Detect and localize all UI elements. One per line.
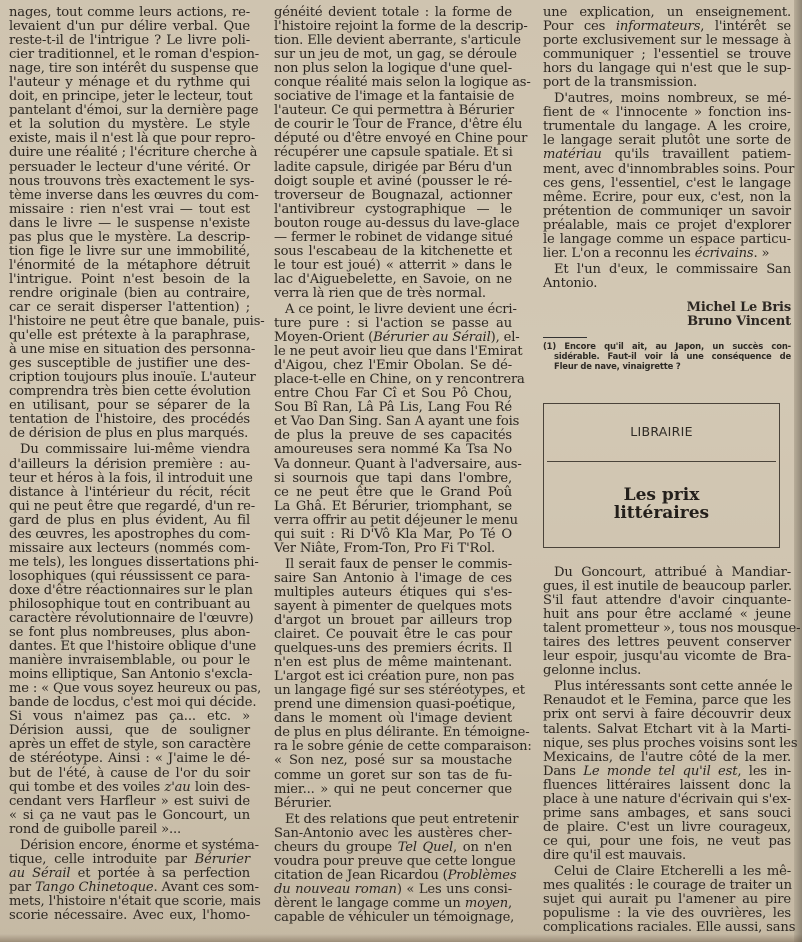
text-line: losophiques (qui réussissent ce para- — [9, 570, 250, 584]
text-line: nages, tout comme leurs actions, re- — [9, 6, 250, 20]
text-line: Si vous n'aimez pas ça... etc. » — [9, 710, 250, 724]
text-line: matériau qu'ils travaillent patiem- — [543, 148, 791, 162]
text-line: nique, ses plus proches voisins sont les — [543, 737, 791, 751]
text-line: d'Aigou, chez l'Emir Obolan. Se dé- — [274, 359, 512, 373]
text-line: de plus la preuve de ses capacités — [274, 429, 512, 443]
text-line: sayent à pimenter de quelques mots — [274, 600, 512, 614]
text-line: tentation de l'histoire, des procédés — [9, 413, 250, 427]
text-line: amoureuses sera nommé Ka Tsa No — [274, 443, 512, 457]
text-line: se font plus nombreuses, plus abon- — [9, 626, 250, 640]
text-line: Antonio. — [543, 277, 791, 291]
text-line: pantelant d'émoi, sur la dernière page — [9, 104, 250, 118]
text-line: tème inverse dans les œuvres du com- — [9, 189, 250, 203]
text-line: duire une réalité ; l'écriture cherche à — [9, 146, 250, 160]
text-line: existe, mais il n'est là que pour repro- — [9, 132, 250, 146]
text-line: reste-t-il de l'intrigue ? Le livre poli… — [9, 34, 250, 48]
text-line: clairet. Ce pouvait être le cas pour — [274, 628, 512, 642]
text-line: non plus selon la logique d'une quel- — [274, 62, 512, 76]
article-column-1: nages, tout comme leurs actions, re-leva… — [9, 6, 250, 923]
text-line: quelques-uns des premiers écrits. Il — [274, 642, 512, 656]
section-kicker: LIBRAIRIE — [544, 424, 779, 439]
text-line: L'argot est ici création pure, non pas — [274, 670, 512, 684]
text-line: mes qualités : le courage de traiter un — [543, 879, 791, 893]
text-line: leur espoir, jusqu'au vicomte de Bra- — [543, 650, 791, 664]
text-line: Dérision aussi, que de souligner — [9, 724, 250, 738]
text-line: dans le livre — le suspense n'existe — [9, 217, 250, 231]
text-line: taires des lettres peuvent conserver — [543, 636, 791, 650]
text-line: missaire aux lecteurs (nommés com- — [9, 542, 250, 556]
text-line: gelonne inclus. — [543, 664, 791, 678]
text-line: de plus en plus délirante. En témoigne- — [274, 726, 512, 740]
text-line: le ne peut avoir lieu que dans l'Emirat — [274, 345, 512, 359]
text-line: rond de guibolle pareil »... — [9, 823, 250, 837]
text-line: scorie nécessaire. Avec eux, l'homo- — [9, 909, 250, 923]
text-line: rendre originale (bien au contraire, — [9, 287, 250, 301]
text-line: cier traditionnel, et le roman d'espion- — [9, 48, 250, 62]
text-line: le tour est joué) « atterrit » dans le — [274, 259, 512, 273]
text-line: doit, en principe, jeter le lecteur, tou… — [9, 90, 250, 104]
text-line: cription toujours plus inouïe. L'auteur — [9, 371, 250, 385]
text-line: saire San Antonio à l'image de ces — [274, 572, 512, 586]
text-line: ra le sobre génie de cette comparaison: — [274, 740, 512, 754]
text-line: lac d'Aiguebelette, en Savoie, on ne — [274, 273, 512, 287]
text-line: communiquer ; l'essentiel se trouve — [543, 48, 791, 62]
text-line: but de l'été, à cause de l'or du soir — [9, 767, 250, 781]
article-column-2: généité devient totale : la forme del'hi… — [274, 6, 512, 925]
text-line: Dans Le monde tel qu'il est, les in- — [543, 765, 791, 779]
text-line: Bérurier. — [274, 797, 512, 811]
text-line: Ver Niâte, From-Ton, Pro Fi T'Rol. — [274, 542, 512, 556]
section-divider — [547, 461, 776, 462]
text-line: mier... » qui ne peut concerner que — [274, 783, 512, 797]
article-column-3: une explication, un enseignement.Pour ce… — [543, 6, 791, 371]
text-line: l'intrigue. Point n'est besoin de la — [9, 273, 250, 287]
text-line: n'en est plus de même maintenant. — [274, 656, 512, 670]
text-line: à une mise en situation des personna- — [9, 343, 250, 357]
text-line: Pour ces informateurs, l'intérêt se — [543, 20, 791, 34]
text-line: me tels), les longues dissertations phi- — [9, 556, 250, 570]
text-line: A ce point, le livre devient une écri- — [274, 303, 512, 317]
text-line: et Vao Dan Sing. San A ayant une fois — [274, 415, 512, 429]
text-line: verra là rien que de très normal. — [274, 287, 512, 301]
text-line: par Tango Chinetoque. Avant ces som- — [9, 881, 250, 895]
text-line: place-t-elle en Chine, on y rencontrera — [274, 373, 512, 387]
text-line: talents. Salvat Etchart vit à la Marti- — [543, 723, 791, 737]
text-line: préalable, mais ce projet d'explorer — [543, 219, 791, 233]
text-line: trumentale du langage. A les croire, — [543, 120, 791, 134]
text-line: Du commissaire lui-même viendra — [9, 443, 250, 457]
text-line: et la solution du mystère. Le style — [9, 118, 250, 132]
text-line: député ou d'être envoyé en Chine pour — [274, 132, 512, 146]
text-line: après un effet de style, son caractère — [9, 738, 250, 752]
text-line: tion fige le livre sur une immobilité, — [9, 245, 250, 259]
text-line: nage, tire son intérêt du suspense que — [9, 62, 250, 76]
text-line: Et des relations que peut entretenir — [274, 813, 512, 827]
text-line: levaient d'un pur délire verbal. Que — [9, 20, 250, 34]
text-line: tique, celle introduite par Bérurier — [9, 853, 250, 867]
footnote-rule — [543, 337, 587, 338]
text-line: Plus intéressants sont cette année le — [543, 680, 791, 694]
text-line: S'il faut attendre d'avoir cinquante- — [543, 594, 791, 608]
text-line: de dérision de plus en plus marqués. — [9, 427, 250, 441]
text-line: dantes. Et que l'histoire oblique d'une — [9, 640, 250, 654]
text-line: conque réalité mais selon la logique as- — [274, 76, 512, 90]
text-line: l'auteur y ménage et du rythme qui — [9, 76, 250, 90]
text-line: « Son nez, posé sur sa moustache — [274, 754, 512, 768]
text-line: bouton rouge au-dessus du lave-glace — [274, 217, 512, 231]
author-signature-1: Michel Le Bris — [543, 301, 791, 315]
page-bottom-shadow — [0, 934, 802, 942]
text-line: hors du langage qui n'est que le sup- — [543, 62, 791, 76]
text-line: philosophique tout en contribuant au — [9, 598, 250, 612]
text-line: entre Chou Far Cî et Sou Pô Chou, — [274, 387, 512, 401]
text-line: port de la transmission. — [543, 76, 791, 90]
text-line: gard de plus en plus évident, Au fil — [9, 514, 250, 528]
text-line: Du Goncourt, attribué à Mandiar- — [543, 566, 791, 580]
text-line: sous l'escabeau de la kitchenette et — [274, 245, 512, 259]
text-line: ture pure : si l'action se passe au — [274, 317, 512, 331]
text-line: en utilisant, pour se séparer de la — [9, 399, 250, 413]
text-line: comme un goret sur son tas de fu- — [274, 769, 512, 783]
text-line: comprendra très bien cette évolution — [9, 385, 250, 399]
text-line: fient de « l'innocente » fonction ins- — [543, 106, 791, 120]
text-line: doigt souple et aviné (pousser le ré- — [274, 175, 512, 189]
section-title-line-2: littéraires — [544, 504, 779, 522]
text-line: généité devient totale : la forme de — [274, 6, 512, 20]
text-line: place à une nature d'écrivain qui s'ex- — [543, 793, 791, 807]
text-line: du nouveau roman) « Les uns consi- — [274, 883, 512, 897]
text-line: Va donneur. Quant à l'adversaire, aus- — [274, 458, 512, 472]
text-line: troverseur de Bougnazal, actionner — [274, 189, 512, 203]
text-line: car ce serait disperser l'attention) ; — [9, 301, 250, 315]
text-line: sujet qui aurait pu l'amener au pire — [543, 893, 791, 907]
text-line: dans le moment où l'image devient — [274, 712, 512, 726]
text-line: porte exclusivement sur le message à — [543, 34, 791, 48]
text-line: ladite capsule, dirigée par Béru d'un — [274, 161, 512, 175]
text-line: sociative de l'image et la fantaisie de — [274, 90, 512, 104]
text-line: dèrent le langage comme un moyen, — [274, 897, 512, 911]
text-line: Renaudot et le Femina, parce que les — [543, 694, 791, 708]
review-column: Du Goncourt, attribué à Mandiar-gues, il… — [543, 566, 791, 935]
text-line: une explication, un enseignement. — [543, 6, 791, 20]
section-title: Les prix littéraires — [544, 486, 779, 522]
footnote: (1) Encore qu'il ait, au Japon, un succè… — [543, 341, 791, 371]
text-line: — fermer le robinet de vidange situé — [274, 231, 512, 245]
text-line: citation de Jean Ricardou (Problèmes — [274, 869, 512, 883]
text-line: cheurs du groupe Tel Quel, on n'en — [274, 841, 512, 855]
text-line: lier. L'on a reconnu les écrivains. » — [543, 247, 791, 261]
text-line: talent prometteur », tous nos mousque- — [543, 622, 791, 636]
text-line: si sournois que tapi dans l'ombre, — [274, 472, 512, 486]
text-line: prix ont servi à faire découvrir deux — [543, 708, 791, 722]
text-line: San-Antonio avec les austères cher- — [274, 827, 512, 841]
text-line: « si ça ne vaut pas le Goncourt, un — [9, 809, 250, 823]
text-line: des œuvres, les apostrophes du com- — [9, 528, 250, 542]
text-line: même. Ecrire, pour eux, c'est, non la — [543, 191, 791, 205]
text-line: de plaire. C'est un livre courageux, — [543, 821, 791, 835]
text-line: ce qui, pour une fois, ne veut pas — [543, 835, 791, 849]
text-line: d'argot un brouet par ailleurs trop — [274, 614, 512, 628]
page-edge-shadow — [794, 0, 802, 942]
text-line: l'histoire ne peut être que banale, puis… — [9, 315, 250, 329]
text-line: l'histoire rejoint la forme de la descri… — [274, 20, 512, 34]
text-line: verra offrir au petit déjeuner le menu — [274, 514, 512, 528]
text-line: huit ans pour être acclamé « jeune — [543, 608, 791, 622]
article-column-3-body: une explication, un enseignement.Pour ce… — [543, 6, 791, 291]
text-line: populisme : la vie des ouvrières, les — [543, 907, 791, 921]
text-line: persuader le lecteur d'une vérité. Or — [9, 161, 250, 175]
text-line: gues, il est inutile de beaucoup parler. — [543, 580, 791, 594]
section-header-box: LIBRAIRIE Les prix littéraires — [543, 403, 780, 548]
text-line: capable de véhiculer un témoignage, — [274, 911, 512, 925]
text-line: Mexicains, de l'autre côté de la mer. — [543, 751, 791, 765]
text-line: ment, avec d'innombrables soins. Pour — [543, 163, 791, 177]
text-line: teur et héros à la fois, il introduit un… — [9, 472, 250, 486]
text-line: Et l'un d'eux, le commissaire San — [543, 263, 791, 277]
text-line: manière invraisemblable, ou pour le — [9, 654, 250, 668]
text-line: au Sérail et portée à sa perfection — [9, 867, 250, 881]
text-line: bande de locdus, c'est moi qui décide. — [9, 696, 250, 710]
text-line: doxe d'être réactionnaires sur le plan — [9, 584, 250, 598]
text-line: Il serait faux de penser le commis- — [274, 558, 512, 572]
text-line: prétention de communiqer un savoir — [543, 205, 791, 219]
text-line: le langage serait plutôt une sorte de — [543, 134, 791, 148]
text-line: cendant vers Harfleur » est suivi de — [9, 795, 250, 809]
text-line: ces gens, l'essentiel, c'est le langage — [543, 177, 791, 191]
text-line: récupérer une capsule spatiale. Et si — [274, 146, 512, 160]
text-line: (1) Encore qu'il ait, au Japon, un succè… — [543, 341, 791, 351]
text-line: Sou Bî Ran, Lâ Pâ Lis, Lang Fou Ré — [274, 401, 512, 415]
text-line: l'antivibreur cystographique — le — [274, 203, 512, 217]
text-line: nous trouvons très exactement le sys- — [9, 175, 250, 189]
text-line: tion. Elle devient aberrante, s'articule — [274, 34, 512, 48]
text-line: missaire : rien n'est vrai — tout est — [9, 203, 250, 217]
text-line: l'énormité de la métaphore détruit — [9, 259, 250, 273]
text-line: ce ne peut être que le Grand Poû — [274, 486, 512, 500]
text-line: d'ailleurs la dérision première : au- — [9, 458, 250, 472]
text-line: l'auteur. Ce qui permettra à Bérurier — [274, 104, 512, 118]
text-line: mets, l'histoire n'était que scorie, mai… — [9, 895, 250, 909]
text-line: fluences littéraires laissent donc la — [543, 779, 791, 793]
text-line: un langage figé sur ses stéréotypes, et — [274, 684, 512, 698]
text-line: Moyen-Orient (Bérurier au Sérail), el- — [274, 331, 512, 345]
text-line: le langage comme un espace particu- — [543, 233, 791, 247]
author-signature-2: Bruno Vincent — [543, 315, 791, 329]
text-line: qui suit : Ri D'Vô Kla Mar, Po Té O — [274, 528, 512, 542]
text-line: sur un jeu de mot, un gag, se déroule — [274, 48, 512, 62]
text-line: de stéréotype. Ainsi : « J'aime le dé- — [9, 752, 250, 766]
text-line: moins elliptique, San Antonio s'excla- — [9, 668, 250, 682]
text-line: de courir le Tour de France, d'être élu — [274, 118, 512, 132]
text-line: Celui de Claire Etcherelli a les mê- — [543, 865, 791, 879]
text-line: prime sans ambages, et sans souci — [543, 807, 791, 821]
text-line: distance à l'intérieur du récit, récit — [9, 486, 250, 500]
text-line: ges susceptible de justifier une des- — [9, 357, 250, 371]
text-line: qui tombe et des voiles z'au loin des- — [9, 781, 250, 795]
text-line: prend une dimension quasi-poétique, — [274, 698, 512, 712]
text-line: D'autres, moins nombreux, se mé- — [543, 92, 791, 106]
section-title-line-1: Les prix — [544, 486, 779, 504]
text-line: voudra pour preuve que cette longue — [274, 855, 512, 869]
text-line: Dérision encore, énorme et systéma- — [9, 839, 250, 853]
text-line: pas plus que le mystère. La descrip- — [9, 231, 250, 245]
text-line: me : « Que vous soyez heureux ou pas, — [9, 682, 250, 696]
text-line: La Ghâ. Et Bérurier, triomphant, se — [274, 500, 512, 514]
text-line: qui ne peut être que regardé, d'un re- — [9, 500, 250, 514]
text-line: sidérable. Faut-il voir là une conséquen… — [543, 351, 791, 361]
text-line: qu'elle est prétexte à la paraphrase, — [9, 329, 250, 343]
text-line: Fleur de nave, vinaigrette ? — [543, 361, 791, 371]
text-line: caractère révolutionnaire de l'œuvre) — [9, 612, 250, 626]
text-line: dire qu'il est mauvais. — [543, 849, 791, 863]
text-line: multiples auteurs étiques qui s'es- — [274, 586, 512, 600]
